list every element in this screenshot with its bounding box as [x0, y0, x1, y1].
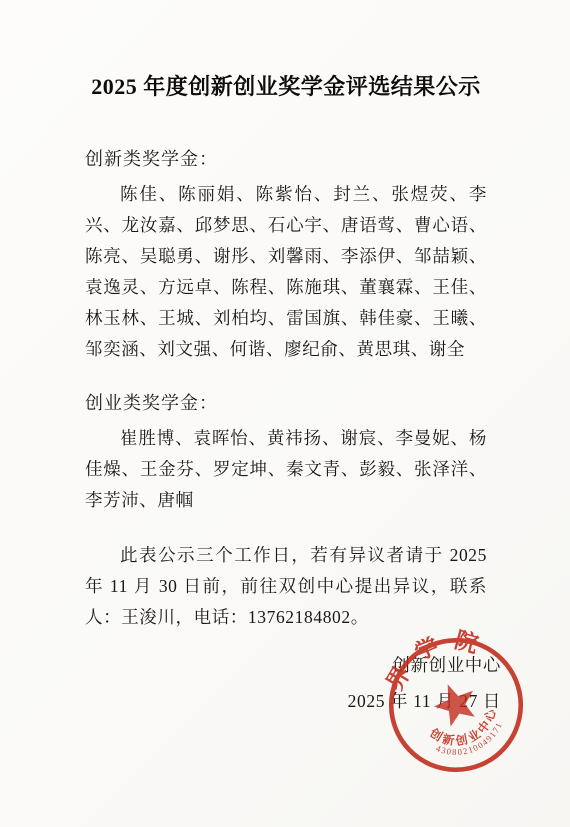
signature-date: 2025 年 11 月 27 日	[85, 683, 501, 719]
signature-org: 创新创业中心	[85, 647, 501, 683]
signature-block: 创新创业中心 2025 年 11 月 27 日	[85, 647, 501, 719]
objection-notice: 此表公示三个工作日，若有异议者请于 2025 年 11 月 30 日前，前往双创…	[85, 540, 487, 633]
innovation-scholarship-section: 创新类奖学金： 陈佳、陈丽娟、陈紫怡、封兰、张煜荧、李兴、龙汝嘉、邱梦思、石心宇…	[85, 145, 487, 365]
entrepreneurship-winner-names: 崔胜博、袁晖怡、黄祎扬、谢宸、李曼妮、杨佳燥、王金芬、罗定坤、秦文青、彭毅、张泽…	[85, 423, 487, 516]
innovation-section-heading: 创新类奖学金：	[85, 145, 487, 171]
announcement-document: 2025 年度创新创业奖学金评选结果公示 创新类奖学金： 陈佳、陈丽娟、陈紫怡、…	[0, 0, 570, 827]
document-title: 2025 年度创新创业奖学金评选结果公示	[85, 70, 487, 101]
entrepreneurship-section-heading: 创业类奖学金：	[85, 389, 487, 415]
stamp-serial-number: 43080210049171	[432, 717, 511, 767]
entrepreneurship-scholarship-section: 创业类奖学金： 崔胜博、袁晖怡、黄祎扬、谢宸、李曼妮、杨佳燥、王金芬、罗定坤、秦…	[85, 389, 487, 516]
innovation-winner-names: 陈佳、陈丽娟、陈紫怡、封兰、张煜荧、李兴、龙汝嘉、邱梦思、石心宇、唐语莺、曹心语…	[85, 179, 487, 365]
